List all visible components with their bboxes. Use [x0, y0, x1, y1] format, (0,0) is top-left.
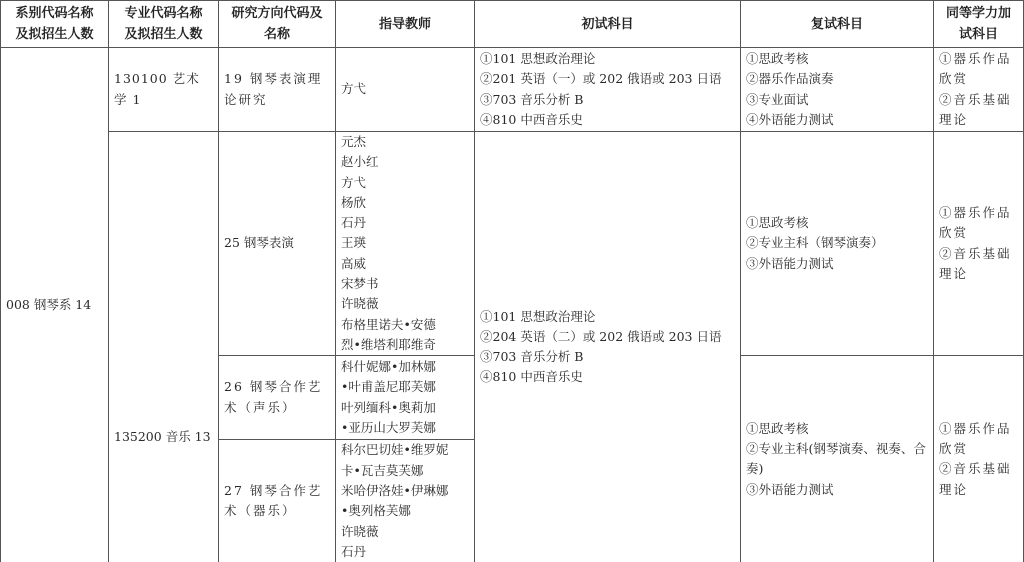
major-cell: 130100 艺术学 1 — [109, 48, 219, 132]
retest-cell: ①思政考核 ②专业主科（钢琴演奏） ③外语能力测试 — [741, 132, 934, 356]
header-major: 专业代码名称及拟招生人数 — [109, 1, 219, 48]
admissions-table: 系别代码名称及拟招生人数 专业代码名称及拟招生人数 研究方向代码及名称 指导教师… — [0, 0, 1024, 562]
direction-cell: 26 钢琴合作艺术（声乐） — [219, 356, 336, 440]
advisor-cell: 科尔巴切娃•维罗妮 卡•瓦吉莫芙娜 米哈伊洛娃•伊琳娜 •奥列格芙娜 许晓薇 石… — [336, 440, 475, 562]
direction-cell: 19 钢琴表演理论研究 — [219, 48, 336, 132]
table-row: 008 钢琴系 14 130100 艺术学 1 19 钢琴表演理论研究 方弋 ①… — [1, 48, 1024, 132]
header-dept: 系别代码名称及拟招生人数 — [1, 1, 109, 48]
table-row: 135200 音乐 13 25 钢琴表演 元杰 赵小红 方弋 杨欣 石丹 王瑛 … — [1, 132, 1024, 356]
equivalent-cell: ①器乐作品欣赏 ②音乐基础理论 — [934, 132, 1024, 356]
header-retest: 复试科目 — [741, 1, 934, 48]
department-cell: 008 钢琴系 14 — [1, 48, 109, 562]
header-direction: 研究方向代码及名称 — [219, 1, 336, 48]
direction-cell: 27 钢琴合作艺术（器乐） — [219, 440, 336, 562]
prelim-cell: ①101 思想政治理论 ②204 英语（二）或 202 俄语或 203 日语 ③… — [475, 132, 741, 562]
header-row: 系别代码名称及拟招生人数 专业代码名称及拟招生人数 研究方向代码及名称 指导教师… — [1, 1, 1024, 48]
retest-cell: ①思政考核 ②专业主科(钢琴演奏、视奏、合奏) ③外语能力测试 — [741, 356, 934, 562]
advisor-cell: 科什妮娜•加林娜 •叶甫盖尼耶芙娜 叶列缅科•奥莉加 •亚历山大罗芙娜 — [336, 356, 475, 440]
prelim-cell: ①101 思想政治理论 ②201 英语（一）或 202 俄语或 203 日语 ③… — [475, 48, 741, 132]
equivalent-cell: ①器乐作品欣赏 ②音乐基础理论 — [934, 48, 1024, 132]
major-cell: 135200 音乐 13 — [109, 132, 219, 562]
header-equivalent: 同等学力加试科目 — [934, 1, 1024, 48]
advisor-cell: 方弋 — [336, 48, 475, 132]
advisor-cell: 元杰 赵小红 方弋 杨欣 石丹 王瑛 高威 宋梦书 许晓薇 布格里诺夫•安德 烈… — [336, 132, 475, 356]
equivalent-cell: ①器乐作品欣赏 ②音乐基础理论 — [934, 356, 1024, 562]
header-prelim: 初试科目 — [475, 1, 741, 48]
direction-cell: 25 钢琴表演 — [219, 132, 336, 356]
header-advisor: 指导教师 — [336, 1, 475, 48]
retest-cell: ①思政考核 ②器乐作品演奏 ③专业面试 ④外语能力测试 — [741, 48, 934, 132]
